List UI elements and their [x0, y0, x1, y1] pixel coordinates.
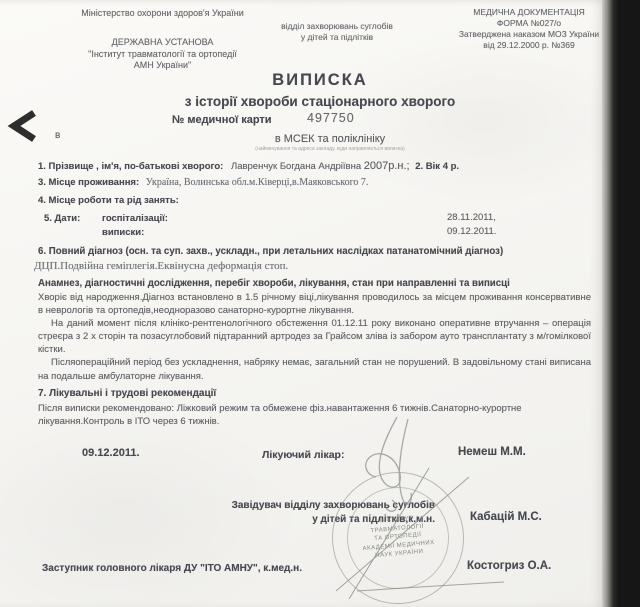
discharge-date: 09.12.2011.: [447, 226, 496, 237]
admission-date: 28.11.2011,: [447, 212, 496, 223]
discharge-label: виписки:: [102, 227, 144, 238]
institution-line: "Інститут травматології та ортопедії: [60, 49, 265, 61]
patient-age: 2. Вік 4 р.: [415, 161, 459, 172]
attending-doctor-label: Лікуючий лікар:: [262, 449, 344, 461]
head-of-department-name: Кабацій М.С.: [470, 511, 542, 523]
ministry-name: Міністерство охорони здоров'я України: [60, 8, 265, 19]
destination-value: в МСЕК та поліклініку: [185, 133, 475, 145]
document-title: ВИПИСКА: [100, 71, 540, 90]
form-line: Затверджена наказом МОЗ України: [448, 29, 610, 40]
institution-line: АМН України": [60, 60, 265, 72]
field-residence: 3. Місце проживання: Україна, Волинська …: [38, 177, 598, 188]
discharge-date-signed: 09.12.2011.: [82, 447, 140, 459]
card-number-value: 497750: [307, 111, 355, 125]
stamp-inner-ring: ІНСТИТУТ ТРАВМАТОЛОГІЇ ТА ОРТОПЕДІЇ АКАД…: [343, 483, 454, 594]
form-line: МЕДИЧНА ДОКУМЕНТАЦІЯ: [448, 7, 610, 18]
recommendations-text: Після виписки рекомендовано: Ліжковий ре…: [38, 402, 591, 428]
department-name: відділ захворювань суглобів у дітей та п…: [272, 21, 402, 43]
recommendations-heading: 7. Лікувальні і трудові рекомендації: [38, 388, 216, 399]
destination-prefix: в: [55, 130, 60, 141]
department-line: у дітей та підлітків: [272, 32, 402, 43]
card-number-label: № медичної карти: [172, 114, 272, 126]
residence-value: Україна, Волинська обл.м.Ківерці,в.Маяко…: [146, 177, 369, 188]
attending-doctor-name: Немеш М.М.: [458, 446, 526, 458]
back-button[interactable]: [6, 110, 40, 142]
dates-label: 5. Дати:: [44, 213, 80, 224]
screenshot-stage: Міністерство охорони здоров'я України ДЕ…: [0, 0, 640, 607]
anamnesis-text: Хворіє від народження.Діагноз встановлен…: [38, 291, 591, 383]
destination-note: (найменування та адреса закладу, куди на…: [160, 146, 500, 152]
field-patient-name: 1. Прізвище , ім'я, по-батькові хворого:…: [38, 160, 598, 172]
patient-birth-year: 2007р.н.;: [364, 160, 410, 172]
patient-name-label: 1. Прізвище , ім'я, по-батькові хворого:: [38, 161, 223, 172]
institution-line: ДЕРЖАВНА УСТАНОВА: [60, 37, 265, 49]
anamnesis-paragraph: На даний момент після клініко-рентгеноло…: [38, 317, 591, 356]
anamnesis-paragraph: Післяопераційний період без ускладнення,…: [38, 356, 591, 382]
field-work-label: 4. Місце роботи та рід занять:: [38, 195, 179, 206]
document-subtitle: з історії хвороби стаціонарного хворого: [100, 94, 540, 109]
form-reference: МЕДИЧНА ДОКУМЕНТАЦІЯ ФОРМА №027/о Затвер…: [448, 7, 610, 51]
admission-label: госпіталізації:: [102, 213, 168, 224]
anamnesis-paragraph: Хворіє від народження.Діагноз встановлен…: [38, 291, 591, 317]
department-line: відділ захворювань суглобів: [272, 21, 402, 32]
diagnosis-text: ДЦП.Подвійна геміплегія.Еквінусна деформ…: [34, 260, 594, 272]
residence-label: 3. Місце проживання:: [38, 177, 139, 188]
anamnesis-heading: Анамнез, діагностичні дослідження, переб…: [38, 278, 603, 289]
photo-edge: [602, 0, 618, 607]
institution-name: ДЕРЖАВНА УСТАНОВА "Інститут травматологі…: [60, 37, 265, 72]
diagnosis-heading: 6. Повний діагноз (осн. та суп. захв., у…: [38, 246, 603, 257]
chevron-left-icon: [6, 129, 40, 146]
form-line: ФОРМА №027/о: [448, 18, 610, 29]
form-line: від 29.12.2000 р. №369: [448, 40, 610, 51]
deputy-chief-title: Заступник головного лікаря ДУ "ІТО АМНУ"…: [42, 563, 302, 574]
patient-name-value: Лавренчук Богдана Андріївна: [231, 161, 361, 172]
deputy-chief-name: Костогриз О.А.: [467, 560, 551, 572]
